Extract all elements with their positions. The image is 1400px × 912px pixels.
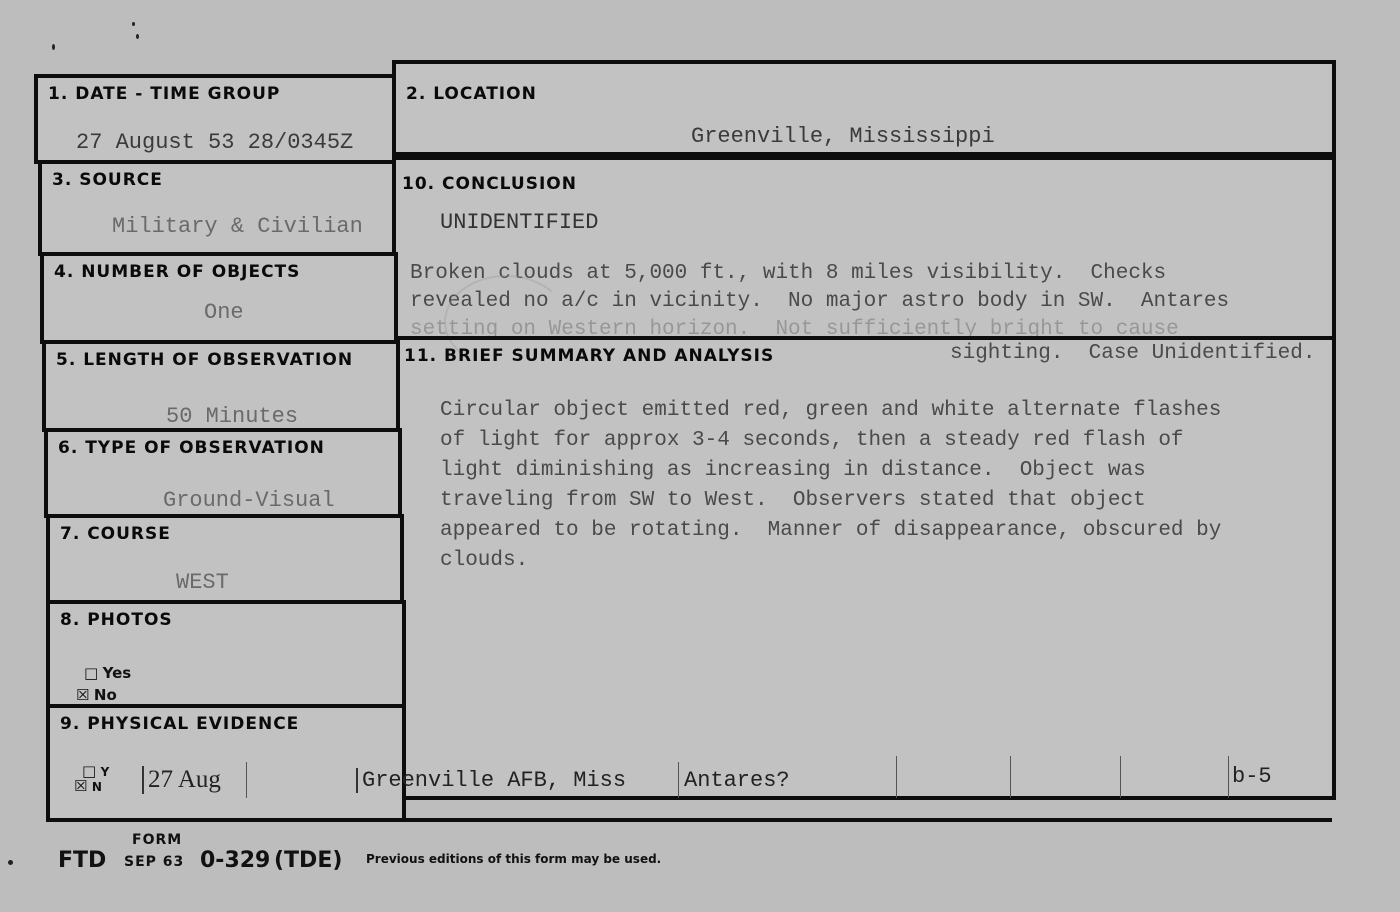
strip-divider bbox=[1010, 756, 1011, 798]
photos-yes-label: Yes bbox=[103, 664, 132, 682]
source-box: 3. SOURCE Military & Civilian bbox=[38, 160, 396, 256]
location-label: 2. LOCATION bbox=[406, 84, 537, 104]
date-time-group-label: 1. DATE - TIME GROUP bbox=[48, 84, 280, 104]
photos-no-option[interactable]: ☒ No bbox=[76, 686, 117, 705]
physical-evidence-yes-label: Y bbox=[101, 765, 110, 779]
physical-evidence-checks: □ Y ☒ N bbox=[74, 764, 109, 794]
checkbox-empty-icon[interactable]: □ bbox=[84, 664, 98, 682]
index-place: Greenville AFB, Miss bbox=[356, 768, 626, 793]
physical-evidence-box: 9. PHYSICAL EVIDENCE □ Y ☒ N 27 Aug bbox=[46, 704, 406, 822]
course-box: 7. COURSE WEST bbox=[46, 514, 404, 604]
report-form: 1. DATE - TIME GROUP 27 August 53 28/034… bbox=[34, 60, 1336, 820]
type-of-observation-value: Ground-Visual bbox=[163, 488, 335, 513]
length-of-observation-box: 5. LENGTH OF OBSERVATION 50 Minutes bbox=[42, 340, 400, 432]
paper-speck bbox=[136, 34, 139, 39]
footer-edition: SEP 63 bbox=[124, 854, 184, 870]
length-of-observation-label: 5. LENGTH OF OBSERVATION bbox=[56, 350, 353, 370]
physical-evidence-no-label: N bbox=[92, 780, 102, 794]
strip-divider bbox=[1228, 756, 1229, 798]
paper-speck bbox=[132, 22, 135, 26]
course-value: WEST bbox=[176, 570, 229, 595]
footer-form-word: FORM bbox=[132, 832, 182, 848]
physical-evidence-label: 9. PHYSICAL EVIDENCE bbox=[60, 714, 299, 734]
strip-divider bbox=[678, 762, 679, 798]
conclusion-value: UNIDENTIFIED bbox=[440, 210, 598, 235]
strip-divider bbox=[896, 756, 897, 798]
index-evaluation: Antares? bbox=[684, 768, 790, 793]
date-time-group-box: 1. DATE - TIME GROUP 27 August 53 28/034… bbox=[34, 74, 396, 164]
index-code: b-5 bbox=[1232, 764, 1272, 789]
number-of-objects-value: One bbox=[204, 300, 244, 325]
photos-yes-option[interactable]: □ Yes bbox=[84, 664, 131, 683]
footer-office: (TDE) bbox=[274, 848, 342, 873]
index-date: 27 Aug bbox=[142, 766, 221, 794]
course-label: 7. COURSE bbox=[60, 524, 171, 544]
footer-note: Previous editions of this form may be us… bbox=[366, 852, 661, 866]
source-label: 3. SOURCE bbox=[52, 170, 163, 190]
conclusion-label: 10. CONCLUSION bbox=[402, 174, 577, 194]
photos-box: 8. PHOTOS □ Yes ☒ No bbox=[46, 600, 406, 708]
number-of-objects-box: 4. NUMBER OF OBJECTS One bbox=[40, 252, 398, 344]
checkbox-x-icon[interactable]: ☒ bbox=[76, 686, 89, 704]
location-box: 2. LOCATION Greenville, Mississippi bbox=[392, 60, 1336, 160]
paper-speck bbox=[8, 860, 13, 865]
type-of-observation-label: 6. TYPE OF OBSERVATION bbox=[58, 438, 325, 458]
checkbox-x-icon[interactable]: ☒ bbox=[74, 777, 87, 795]
photos-no-label: No bbox=[94, 686, 117, 704]
footer-form-number: 0-329 bbox=[200, 848, 270, 873]
strip-divider bbox=[246, 762, 247, 798]
number-of-objects-label: 4. NUMBER OF OBJECTS bbox=[54, 262, 300, 282]
type-of-observation-box: 6. TYPE OF OBSERVATION Ground-Visual bbox=[44, 428, 402, 518]
footer-org: FTD bbox=[58, 848, 106, 873]
strip-divider bbox=[1120, 756, 1121, 798]
location-value: Greenville, Mississippi bbox=[691, 124, 995, 149]
summary-text: Circular object emitted red, green and w… bbox=[440, 396, 1221, 576]
photos-label: 8. PHOTOS bbox=[60, 610, 173, 630]
paper-speck bbox=[52, 44, 55, 50]
source-value: Military & Civilian bbox=[112, 214, 363, 239]
date-time-group-value: 27 August 53 28/0345Z bbox=[76, 130, 353, 155]
summary-divider bbox=[396, 336, 1334, 340]
length-of-observation-value: 50 Minutes bbox=[166, 404, 298, 429]
summary-label: 11. BRIEF SUMMARY AND ANALYSIS bbox=[404, 346, 774, 366]
